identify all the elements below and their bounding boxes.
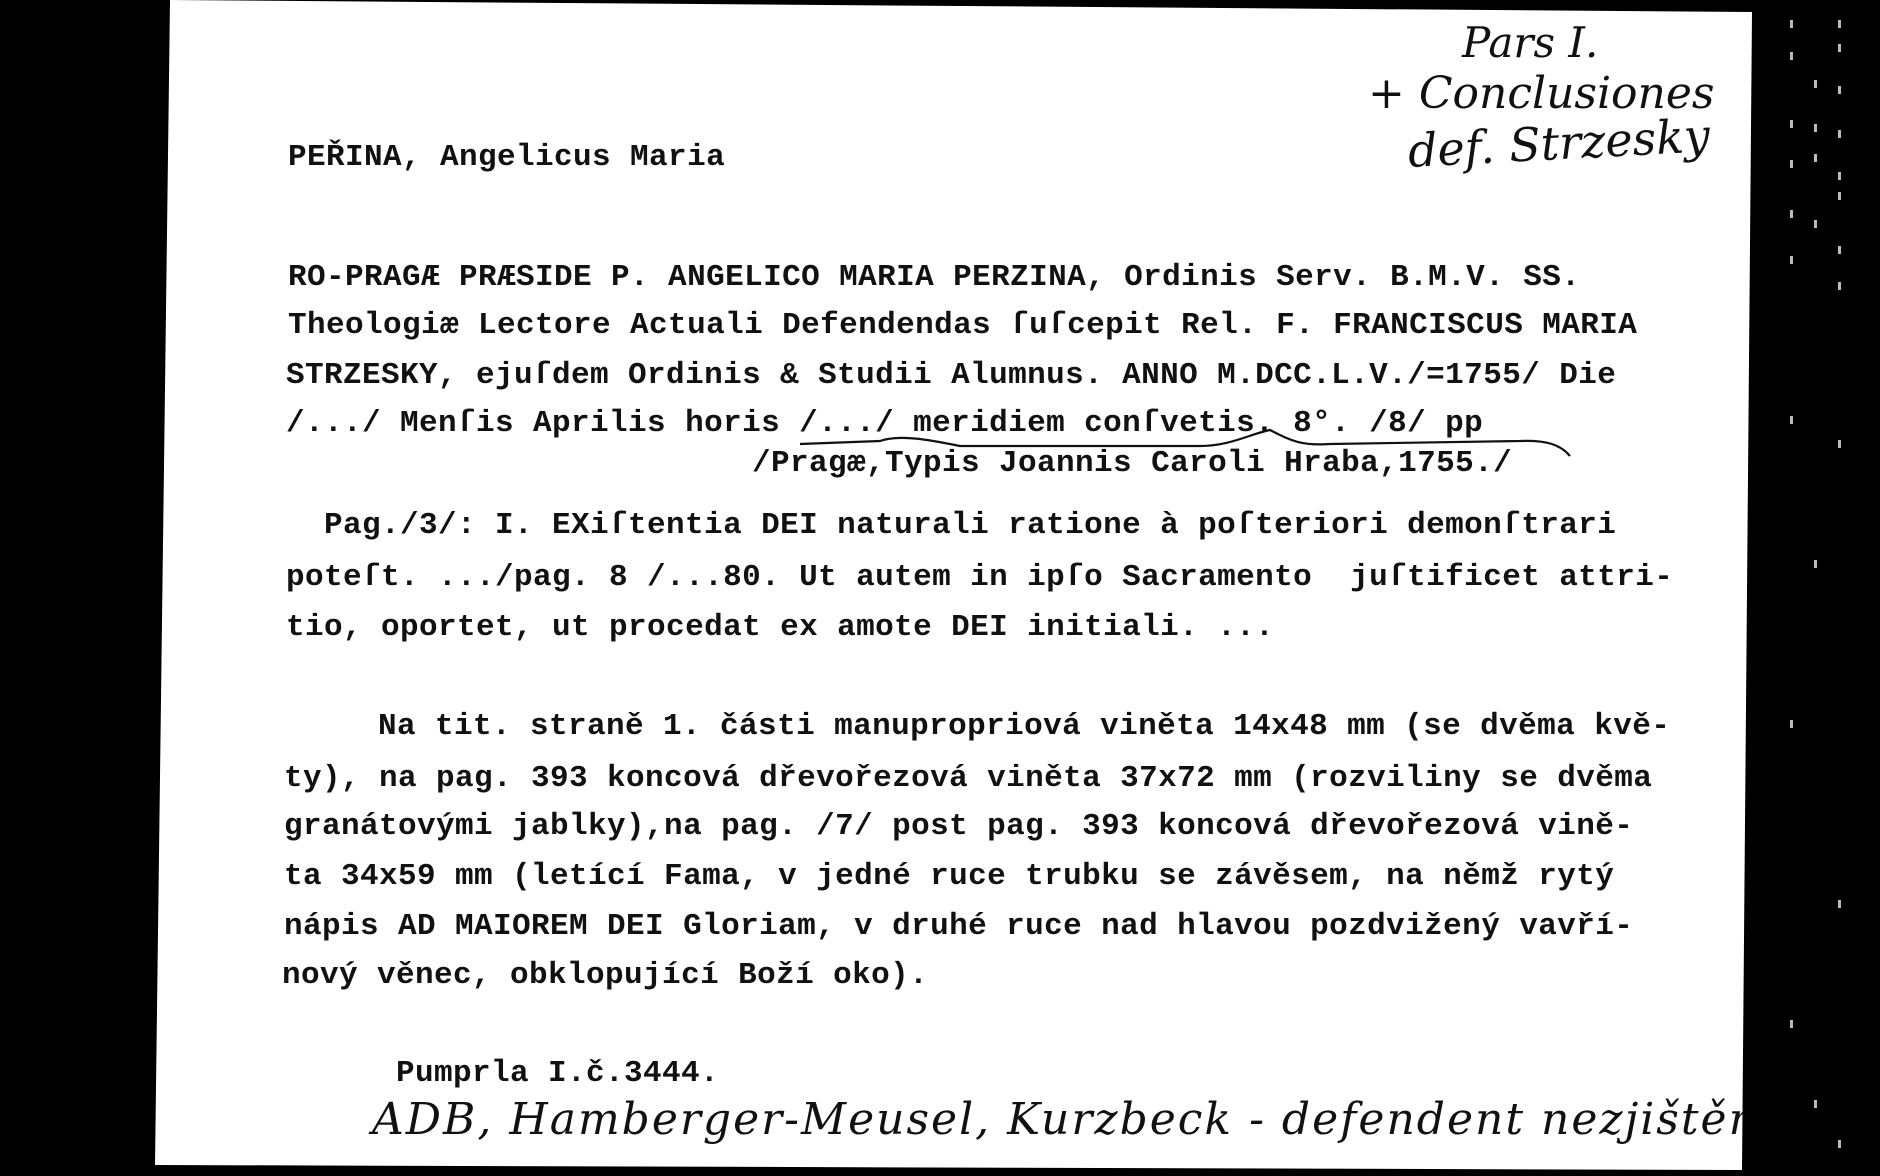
imprint-line: /Pragæ,Typis Joannis Caroli Hraba,1755./ [752, 448, 1512, 479]
description-line: nový věnec, obklopující Boží oko). [282, 960, 928, 991]
title-line: Theologiæ Lectore Actuali Defendendas ſu… [288, 310, 1637, 341]
description-line: ta 34x59 mm (letící Fama, v jedné ruce t… [284, 861, 1614, 892]
handwritten-annotation-def: def. Strzesky [1407, 112, 1711, 174]
excerpt-line: tio, oportet, ut procedat ex amote DEI i… [286, 612, 1274, 643]
scan-margin-artifacts [1790, 20, 1850, 1170]
description-line: granátovými jablky),na pag. /7/ post pag… [284, 811, 1633, 842]
title-line: /.../ Menſis Aprilis horis /.../ meridie… [286, 408, 1483, 439]
description-line: Na tit. straně 1. části manupropriová vi… [378, 711, 1670, 742]
handwritten-annotation-conclusiones: + Conclusiones [1368, 72, 1715, 116]
card-heading-author: PEŘINA, Angelicus Maria [288, 142, 725, 173]
handwritten-bibliography-note: ADB, Hamberger-Meusel, Kurzbeck - defend… [372, 1098, 1759, 1142]
excerpt-line: poteſt. .../pag. 8 /...80. Ut autem in i… [286, 562, 1673, 593]
catalog-card: Pars I. + Conclusiones def. Strzesky PEŘ… [0, 0, 1880, 1176]
reference-citation: Pumprla I.č.3444. [396, 1058, 719, 1089]
title-line: RO-PRAGÆ PRÆSIDE P. ANGELICO MARIA PERZI… [288, 262, 1580, 293]
title-line: STRZESKY, ejuſdem Ordinis & Studii Alumn… [286, 360, 1616, 391]
scanned-catalog-card-viewer: Pars I. + Conclusiones def. Strzesky PEŘ… [0, 0, 1880, 1176]
excerpt-line: Pag./3/: I. EXiſtentia DEI naturali rati… [324, 510, 1616, 541]
description-line: ty), na pag. 393 koncová dřevořezová vin… [284, 763, 1652, 794]
description-line: nápis AD MAIOREM DEI Gloriam, v druhé ru… [284, 911, 1633, 942]
handwritten-annotation-pars: Pars I. [1462, 22, 1598, 64]
